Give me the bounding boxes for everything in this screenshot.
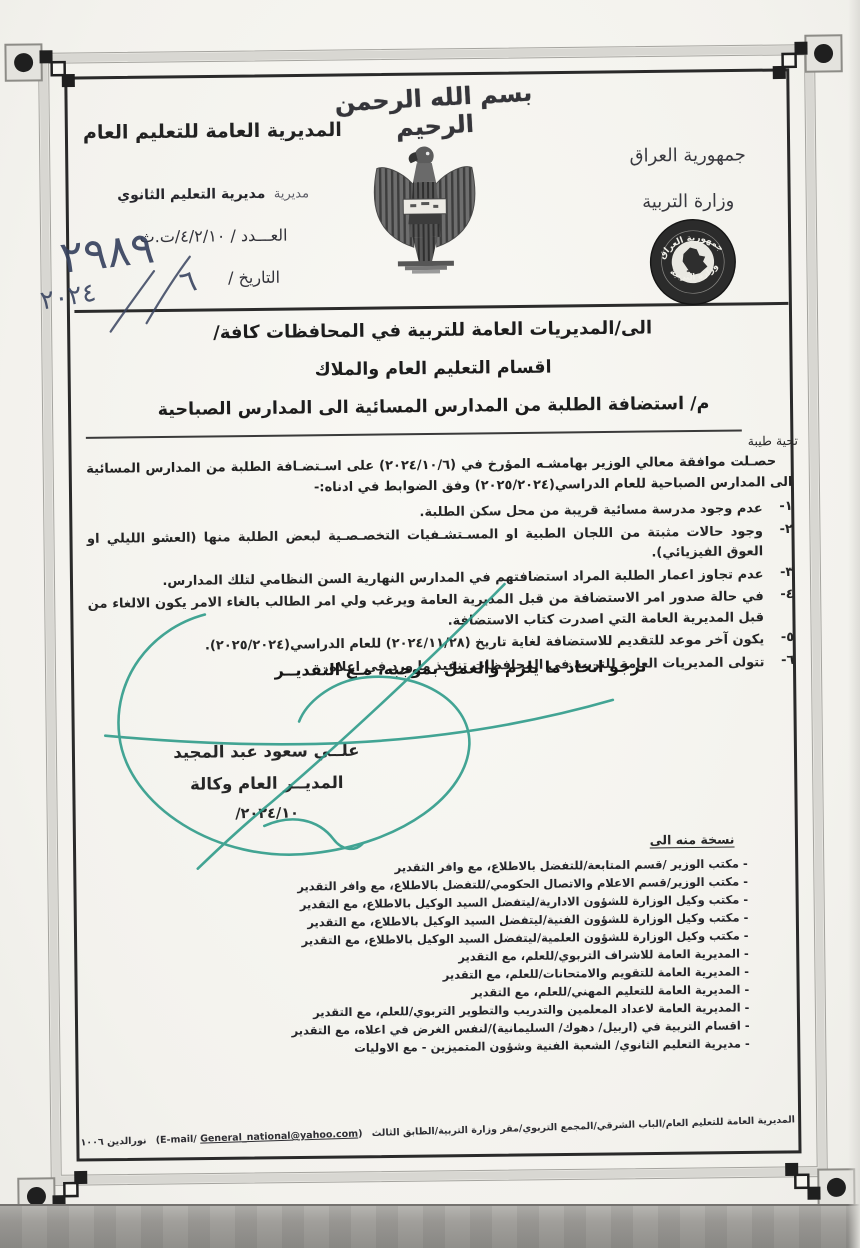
- iraq-eagle-emblem: [367, 139, 484, 275]
- provision-item: ٤- في حالة صدور امر الاستضافة من قبل الم…: [88, 587, 794, 636]
- scanned-page: بسم الله الرحمن الرحيم المديرية العامة ل…: [0, 0, 860, 1248]
- country-name: جمهورية العراق: [593, 144, 783, 167]
- border-corner-top-left: [5, 44, 74, 88]
- ministry-stamp: جمهورية العراق وزارة التربية: [641, 210, 744, 313]
- signature-block: علــي سعود عبد المجيد المديــر العام وكا…: [126, 740, 407, 823]
- document-body: بسم الله الرحمن الرحيم المديرية العامة ل…: [0, 0, 860, 1248]
- footer-reference: نورالدين ١٠٠٦: [80, 1135, 146, 1148]
- scanner-background-band: [0, 1204, 860, 1248]
- provision-number: ٦-: [770, 653, 794, 674]
- directorate-subtitle-main: مديرية التعليم الثانوي: [117, 186, 265, 204]
- body-intro-paragraph: حصـلت موافقة معالي الوزير بهامشـه المؤرخ…: [86, 451, 792, 501]
- date-label: التاريخ /: [228, 268, 280, 288]
- page-edge-shadow: [848, 0, 860, 1248]
- document-date-line: التاريخ /: [100, 268, 280, 289]
- border-corner-top-right: [772, 35, 841, 79]
- directorate-title: المديرية العامة للتعليم العام: [78, 119, 346, 144]
- number-label: العـــدد /: [230, 226, 287, 246]
- ministry-name: وزارة التربية: [593, 190, 783, 213]
- provision-text: في حالة صدور امر الاستضافة من قبل المدير…: [88, 587, 764, 636]
- provision-number: ٤-: [770, 587, 794, 628]
- document-number-line: العـــدد / ٤/٢/١٠/ت.ث: [79, 225, 347, 247]
- provision-number: ٥-: [770, 630, 794, 651]
- cc-list: - مكتب الوزير /قسم المتابعة/للتفضل بالاط…: [271, 854, 750, 1057]
- provision-number: ١-: [769, 499, 793, 520]
- directorate-subtitle: مديرية مديرية التعليم الثانوي: [79, 185, 347, 204]
- directorate-subtitle-prefix: مديرية: [274, 186, 309, 201]
- signer-title: المديــر العام وكالة: [127, 772, 407, 794]
- provision-number: ٢-: [769, 521, 793, 562]
- signature-date: /٢٠٢٤/١٠: [127, 804, 407, 823]
- provision-item: ٢- وجود حالات مثبتة من اللجان الطبية او …: [87, 521, 793, 570]
- provision-number: ٣-: [769, 564, 793, 585]
- number-value: ٤/٢/١٠/ت.ث: [139, 226, 225, 246]
- provision-text: وجود حالات مثبتة من اللجان الطبية او الم…: [87, 522, 763, 571]
- border-corner-bottom-right: [785, 1162, 854, 1206]
- greeting-text: تحية طيبة: [590, 433, 798, 450]
- signer-name: علــي سعود عبد المجيد: [126, 740, 406, 762]
